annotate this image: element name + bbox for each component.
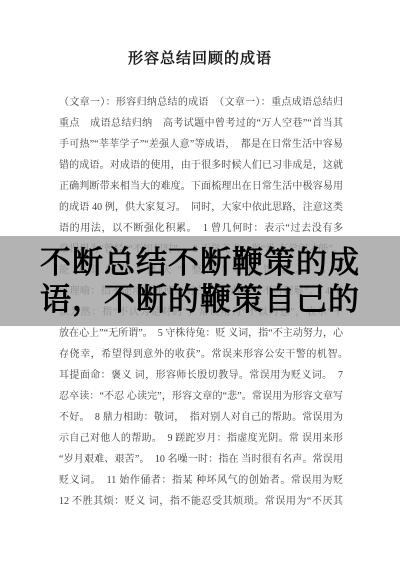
- body-text-line: （文章一）：形容归纳总结的成语 （文章一）：重点成语总结归纳: [59, 92, 343, 113]
- body-text-line: 错的成语。对成语的使用，由于很多时候人们已习非成是，这就给: [59, 155, 343, 176]
- body-text-line: 的成语 40 例，供大家复习。 同时，大家中依此思路，注意这类成: [59, 197, 343, 218]
- body-text-line: 12 不胜其烦：贬义 词，指不能忍受其烦琐。常误用为“不厌其烦”。: [59, 491, 343, 512]
- document-page: 形容总结回顾的成语 （文章一）：形容归纳总结的成语 （文章一）：重点成语总结归纳…: [0, 0, 400, 566]
- body-text-line: 示自己对他人的帮助。 9 蹉跎岁月：指虚度光阴。常 误用来形容: [59, 428, 343, 449]
- body-text-line: 贬义词。 11 始作俑者：指某 种坏风气的创始者。常误用为贬指。: [59, 470, 343, 491]
- body-text-line: 不好。 8 鼎力相助：敬词， 指对别人对自己的帮助。常误用为表: [59, 407, 343, 428]
- body-text-line: 忍卒读：“不忍 心读完”，形容文章的“悲”。常误用为形容文章写得: [59, 386, 343, 407]
- body-text-line: 耳提面命：褒义 词，形容师长殷切教导。常误用为贬义词。 7 不: [59, 365, 343, 386]
- body-text-line: “岁月艰难、艰苦”。 10 名噪一时：指在 当时很有名声。常误用为: [59, 449, 343, 470]
- document-title: 形容总结回顾的成语: [0, 47, 400, 68]
- body-text-line: 重点 成语总结归纳 高考试题中曾考过的“万人空巷”“首当其冲”“炙: [59, 113, 343, 134]
- body-text-line: 正确判断带来相当大的难度。下面梳理出在日常生活中极容易用错: [59, 176, 343, 197]
- body-text-line: 手可热”“莘莘学子”“差强人意”等成语， 都是在日常生活中容易用: [59, 134, 343, 155]
- body-text-line: 放在心上”“无所谓”。 5 守株待兔：贬 义词，指“不主动努力，心: [59, 323, 343, 344]
- watermark-banner: 不断总结不断鞭策的成语，不断的鞭策自己的: [0, 236, 400, 326]
- watermark-banner-text: 不断总结不断鞭策的成语，不断的鞭策自己的: [27, 244, 373, 318]
- body-text-line: 存侥幸，希望得到意外的收获”。常误来形容公安干警的机智。 6: [59, 344, 343, 365]
